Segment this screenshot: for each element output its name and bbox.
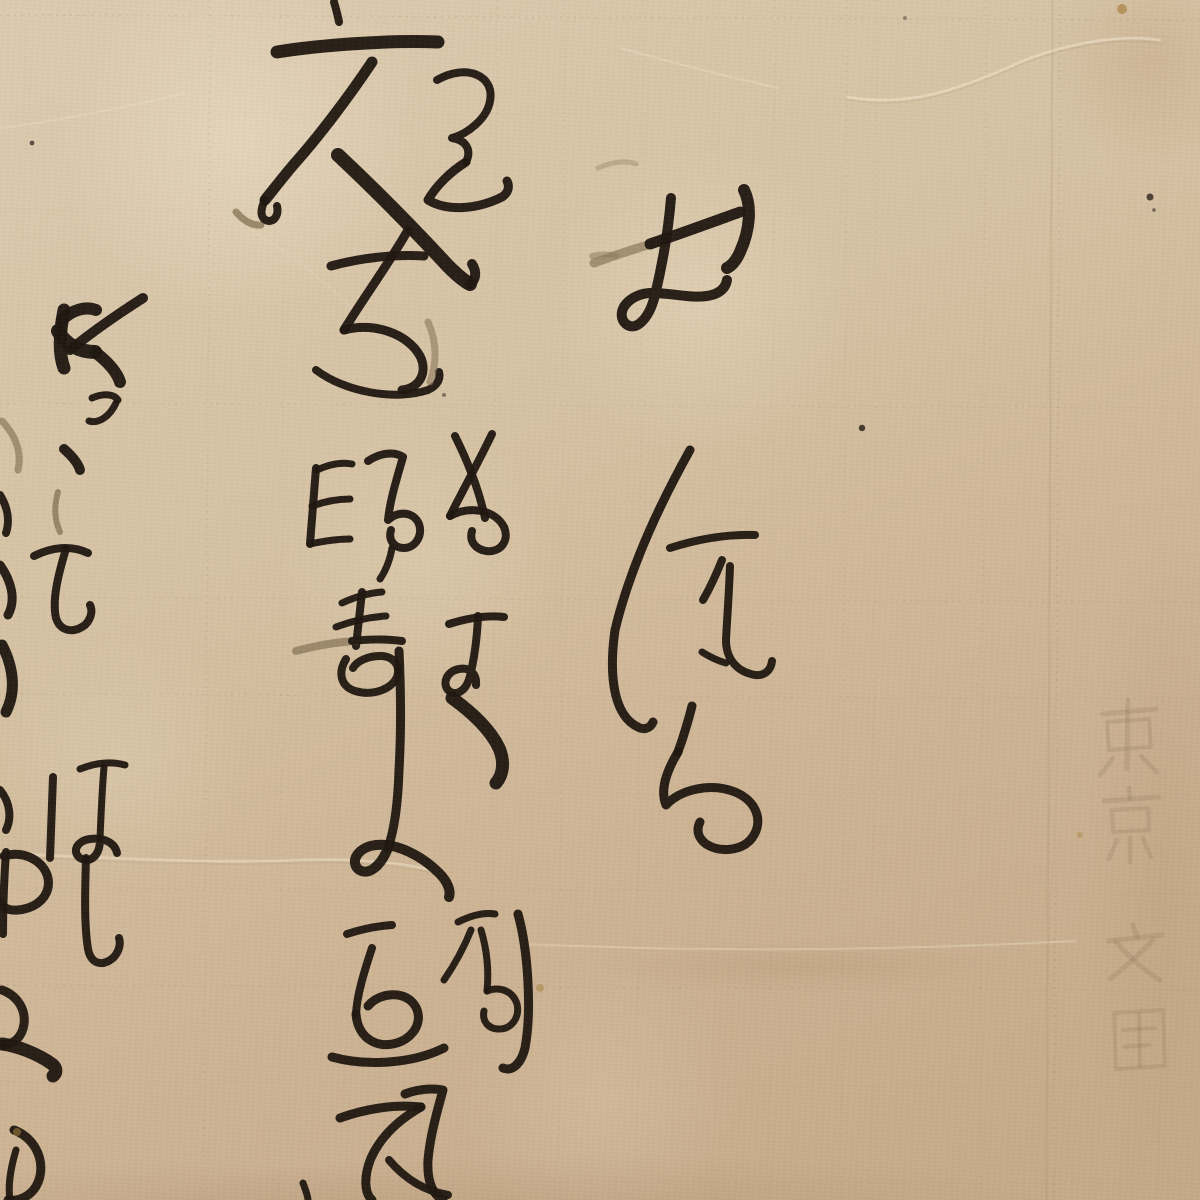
ink-specks [13, 4, 1156, 1136]
artwork-svg [0, 0, 1200, 1200]
grid-layer [0, 0, 1200, 1200]
manuscript-photo: Handwritten cursive Japanese, partially … [0, 0, 1200, 1200]
handwriting-column-right [592, 162, 772, 850]
handwriting-column-left [34, 298, 143, 963]
handwriting-column-left-edge [0, 421, 56, 1200]
printed-mark [1100, 700, 1165, 1069]
crease-lines [0, 0, 1160, 1200]
handwriting-column-center [236, 2, 529, 1200]
